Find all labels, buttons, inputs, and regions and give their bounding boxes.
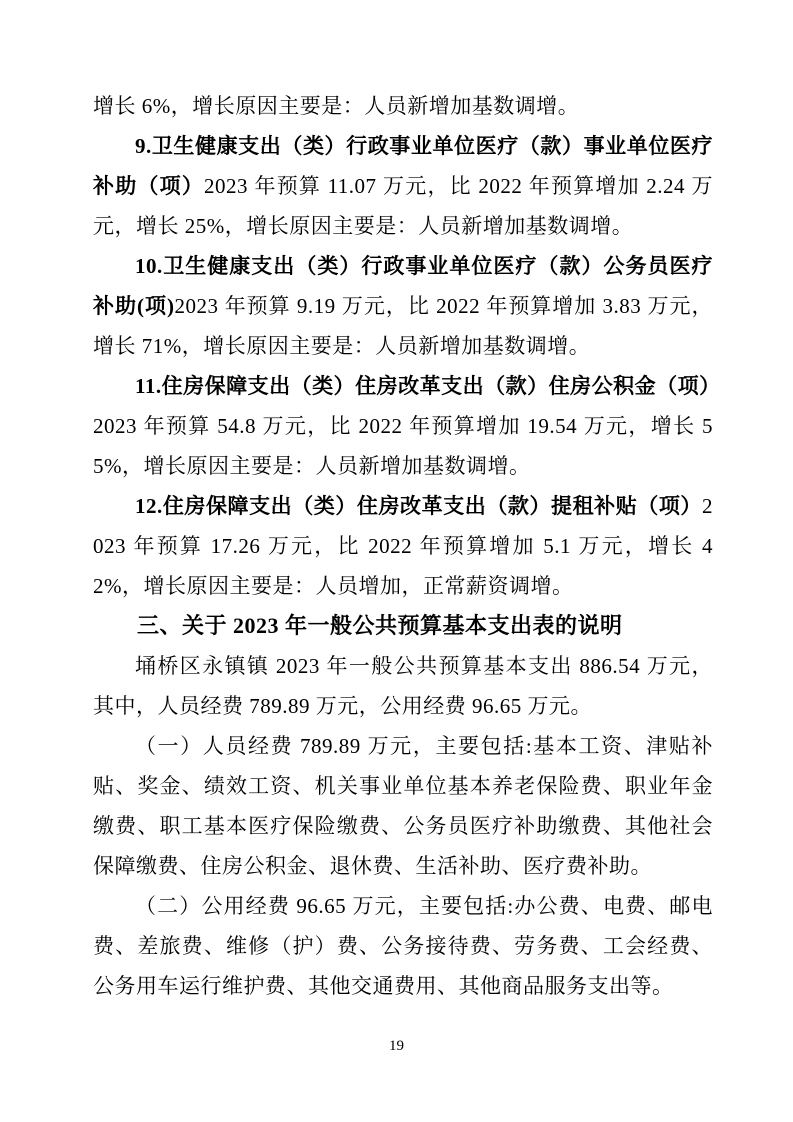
paragraph-budget-item-10: 10.卫生健康支出（类）行政事业单位医疗（款）公务员医疗补助(项)2023 年预… [93, 246, 713, 366]
document-page: 增长 6%，增长原因主要是：人员新增加基数调增。 9.卫生健康支出（类）行政事业… [0, 0, 793, 1122]
budget-item-11-title: 11.住房保障支出（类）住房改革支出（款）住房公积金（项） [135, 374, 721, 398]
paragraph-budget-item-12: 12.住房保障支出（类）住房改革支出（款）提租补贴（项）2023 年预算 17.… [93, 486, 713, 606]
paragraph-personnel-expenses: （一）人员经费 789.89 万元，主要包括:基本工资、津贴补贴、奖金、绩效工资… [93, 726, 713, 886]
paragraph-budget-item-11: 11.住房保障支出（类）住房改革支出（款）住房公积金（项）2023 年预算 54… [93, 366, 713, 486]
paragraph-continuation: 增长 6%，增长原因主要是：人员新增加基数调增。 [93, 86, 713, 126]
page-number: 19 [0, 1036, 793, 1056]
budget-item-10-body: 2023 年预算 9.19 万元，比 2022 年预算增加 3.83 万元，增长… [93, 294, 713, 358]
paragraph-budget-item-9: 9.卫生健康支出（类）行政事业单位医疗（款）事业单位医疗补助（项）2023 年预… [93, 126, 713, 246]
budget-item-12-title: 12.住房保障支出（类）住房改革支出（款）提租补贴（项） [135, 494, 702, 518]
paragraph-basic-expenditure-total: 埇桥区永镇镇 2023 年一般公共预算基本支出 886.54 万元，其中，人员经… [93, 646, 713, 726]
section-heading-basic-expenditure: 三、关于 2023 年一般公共预算基本支出表的说明 [93, 606, 713, 646]
paragraph-public-expenses: （二）公用经费 96.65 万元，主要包括:办公费、电费、邮电费、差旅费、维修（… [93, 886, 713, 1006]
budget-item-11-body: 2023 年预算 54.8 万元，比 2022 年预算增加 19.54 万元，增… [93, 414, 713, 478]
document-content: 增长 6%，增长原因主要是：人员新增加基数调增。 9.卫生健康支出（类）行政事业… [93, 86, 713, 1006]
